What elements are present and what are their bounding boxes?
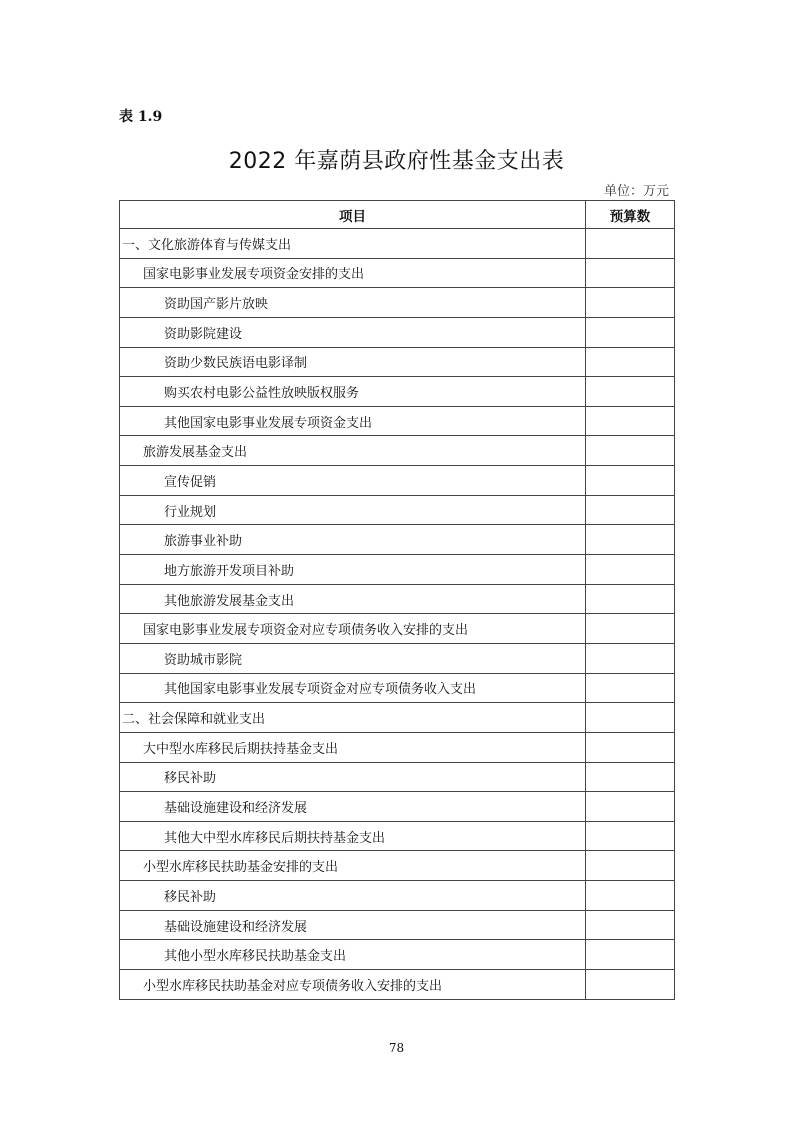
row-budget-value — [586, 673, 675, 703]
row-item-label: 资助国产影片放映 — [120, 288, 586, 318]
row-budget-value — [586, 347, 675, 377]
row-budget-value — [586, 406, 675, 436]
table-header-row: 项目 预算数 — [120, 201, 675, 229]
row-budget-value — [586, 732, 675, 762]
row-item-label: 地方旅游开发项目补助 — [120, 555, 586, 585]
row-item-label: 二、社会保障和就业支出 — [120, 703, 586, 733]
row-budget-value — [586, 821, 675, 851]
table-row: 其他小型水库移民扶助基金支出 — [120, 940, 675, 970]
row-budget-value — [586, 495, 675, 525]
row-budget-value — [586, 466, 675, 496]
row-item-label: 旅游发展基金支出 — [120, 436, 586, 466]
row-item-label: 其他旅游发展基金支出 — [120, 584, 586, 614]
column-header-item: 项目 — [120, 201, 586, 229]
table-row: 其他国家电影事业发展专项资金对应专项债务收入支出 — [120, 673, 675, 703]
table-row: 基础设施建设和经济发展 — [120, 910, 675, 940]
table-row: 购买农村电影公益性放映版权服务 — [120, 377, 675, 407]
row-item-label: 一、文化旅游体育与传媒支出 — [120, 229, 586, 259]
table-row: 大中型水库移民后期扶持基金支出 — [120, 732, 675, 762]
row-item-label: 资助少数民族语电影译制 — [120, 347, 586, 377]
row-item-label: 移民补助 — [120, 762, 586, 792]
row-item-label: 旅游事业补助 — [120, 525, 586, 555]
row-budget-value — [586, 258, 675, 288]
row-item-label: 其他小型水库移民扶助基金支出 — [120, 940, 586, 970]
table-row: 地方旅游开发项目补助 — [120, 555, 675, 585]
row-item-label: 行业规划 — [120, 495, 586, 525]
table-row: 二、社会保障和就业支出 — [120, 703, 675, 733]
table-row: 资助影院建设 — [120, 317, 675, 347]
table-row: 国家电影事业发展专项资金对应专项债务收入安排的支出 — [120, 614, 675, 644]
table-row: 旅游事业补助 — [120, 525, 675, 555]
row-budget-value — [586, 851, 675, 881]
row-item-label: 国家电影事业发展专项资金安排的支出 — [120, 258, 586, 288]
table-row: 资助少数民族语电影译制 — [120, 347, 675, 377]
row-item-label: 资助影院建设 — [120, 317, 586, 347]
row-item-label: 其他大中型水库移民后期扶持基金支出 — [120, 821, 586, 851]
table-row: 一、文化旅游体育与传媒支出 — [120, 229, 675, 259]
row-budget-value — [586, 377, 675, 407]
row-item-label: 国家电影事业发展专项资金对应专项债务收入安排的支出 — [120, 614, 586, 644]
page-title: 2022 年嘉荫县政府性基金支出表 — [0, 144, 793, 175]
row-budget-value — [586, 525, 675, 555]
page-number: 78 — [0, 1041, 793, 1055]
row-budget-value — [586, 229, 675, 259]
table-row: 其他旅游发展基金支出 — [120, 584, 675, 614]
row-item-label: 小型水库移民扶助基金对应专项债务收入安排的支出 — [120, 970, 586, 1000]
row-budget-value — [586, 792, 675, 822]
row-budget-value — [586, 970, 675, 1000]
table-row: 资助国产影片放映 — [120, 288, 675, 318]
table-row: 旅游发展基金支出 — [120, 436, 675, 466]
table-row: 其他大中型水库移民后期扶持基金支出 — [120, 821, 675, 851]
table-row: 移民补助 — [120, 762, 675, 792]
row-budget-value — [586, 881, 675, 911]
table-row: 行业规划 — [120, 495, 675, 525]
unit-label: 单位：万元 — [604, 180, 669, 199]
table-row: 小型水库移民扶助基金对应专项债务收入安排的支出 — [120, 970, 675, 1000]
table-row: 基础设施建设和经济发展 — [120, 792, 675, 822]
table-row: 资助城市影院 — [120, 643, 675, 673]
row-budget-value — [586, 436, 675, 466]
table-row: 小型水库移民扶助基金安排的支出 — [120, 851, 675, 881]
row-budget-value — [586, 940, 675, 970]
row-item-label: 小型水库移民扶助基金安排的支出 — [120, 851, 586, 881]
row-item-label: 基础设施建设和经济发展 — [120, 910, 586, 940]
row-budget-value — [586, 584, 675, 614]
row-item-label: 移民补助 — [120, 881, 586, 911]
row-budget-value — [586, 317, 675, 347]
row-item-label: 其他国家电影事业发展专项资金对应专项债务收入支出 — [120, 673, 586, 703]
row-item-label: 宣传促销 — [120, 466, 586, 496]
row-budget-value — [586, 288, 675, 318]
row-budget-value — [586, 703, 675, 733]
table-row: 国家电影事业发展专项资金安排的支出 — [120, 258, 675, 288]
row-item-label: 购买农村电影公益性放映版权服务 — [120, 377, 586, 407]
column-header-budget: 预算数 — [586, 201, 675, 229]
row-item-label: 其他国家电影事业发展专项资金支出 — [120, 406, 586, 436]
row-budget-value — [586, 555, 675, 585]
table-row: 宣传促销 — [120, 466, 675, 496]
row-item-label: 资助城市影院 — [120, 643, 586, 673]
table-label: 表 1.9 — [119, 106, 162, 126]
row-budget-value — [586, 762, 675, 792]
row-budget-value — [586, 614, 675, 644]
row-item-label: 大中型水库移民后期扶持基金支出 — [120, 732, 586, 762]
table-row: 移民补助 — [120, 881, 675, 911]
table-body: 一、文化旅游体育与传媒支出国家电影事业发展专项资金安排的支出资助国产影片放映资助… — [120, 229, 675, 1000]
table-row: 其他国家电影事业发展专项资金支出 — [120, 406, 675, 436]
row-budget-value — [586, 643, 675, 673]
row-budget-value — [586, 910, 675, 940]
expenditure-table: 项目 预算数 一、文化旅游体育与传媒支出国家电影事业发展专项资金安排的支出资助国… — [119, 200, 675, 1000]
row-item-label: 基础设施建设和经济发展 — [120, 792, 586, 822]
